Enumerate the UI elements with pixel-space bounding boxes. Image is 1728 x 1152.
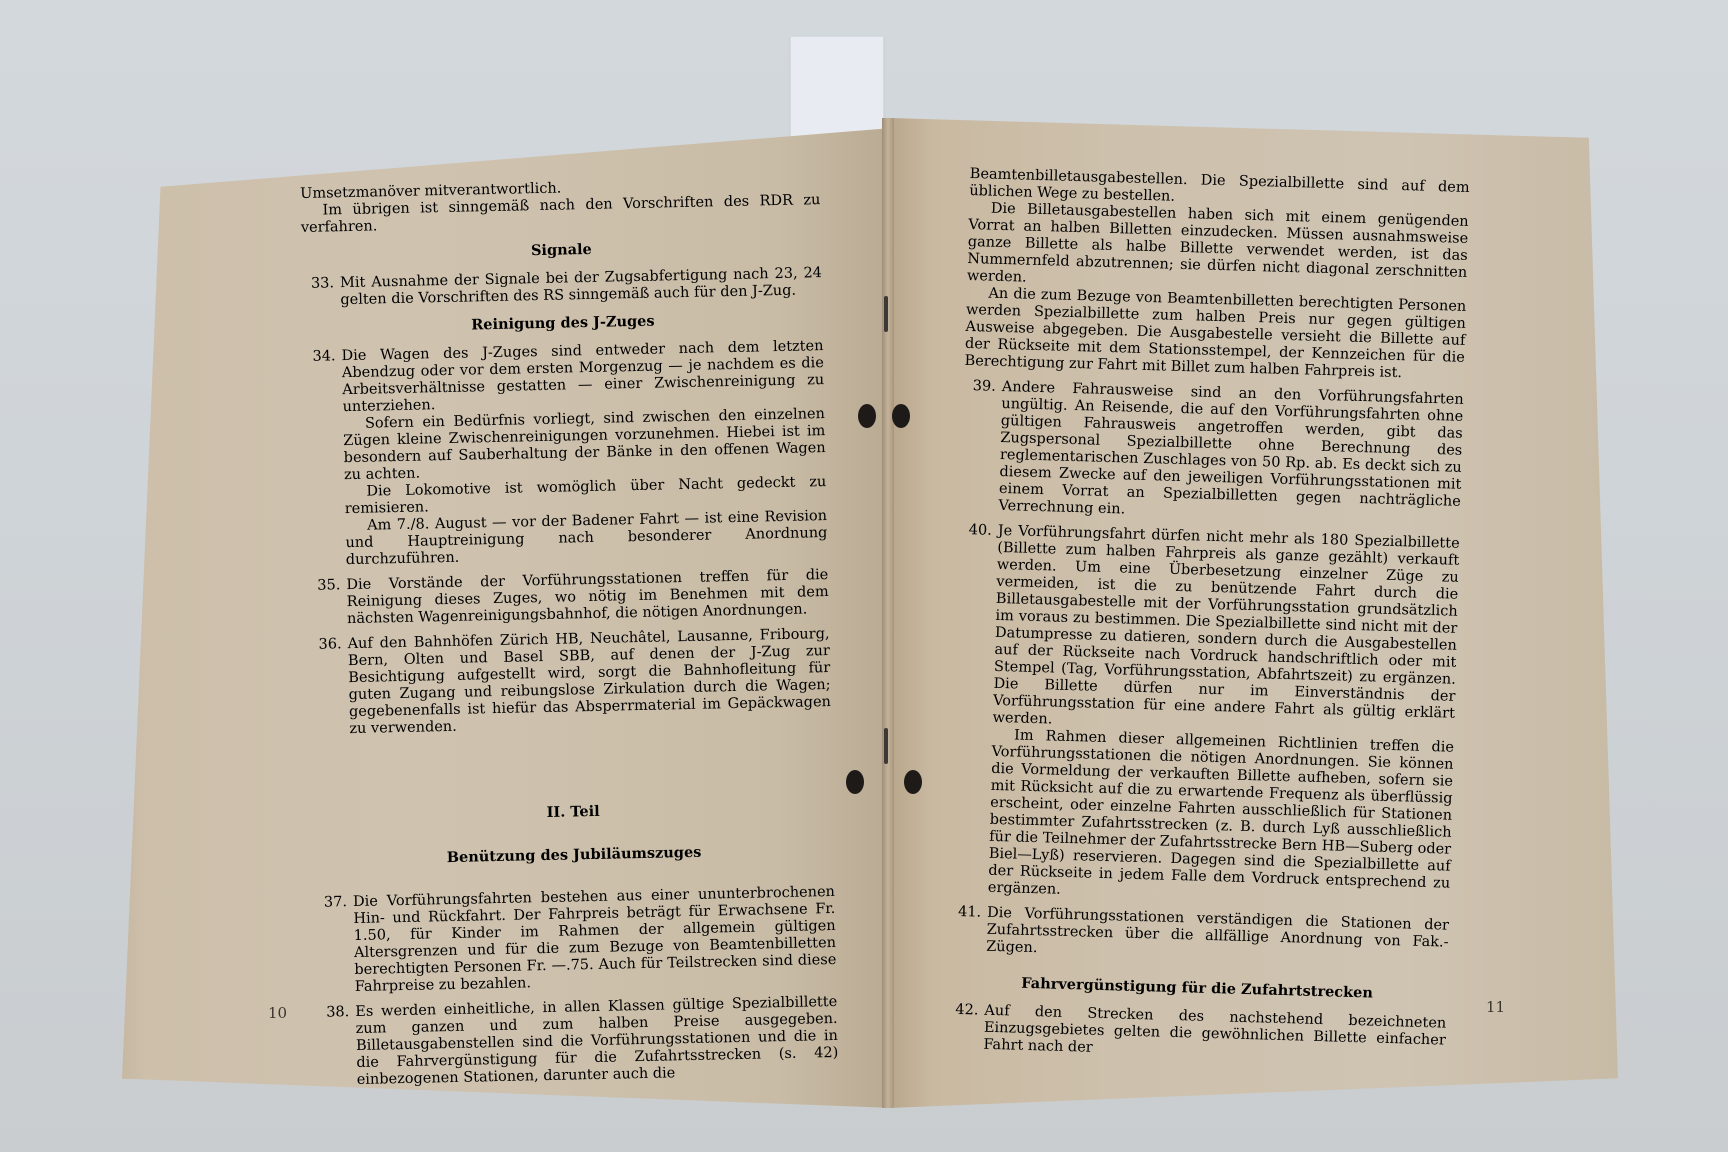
paragraph-41: 41. Die Vorführungsstationen verständige… (948, 904, 1449, 969)
paragraph-39: 39. Andere Fahrausweise sind an den Vorf… (960, 378, 1464, 528)
paragraph-text-d: Am 7./8. August — vor der Badener Fahrt … (345, 508, 828, 569)
paragraph-text: Die Vorstände der Vorführungsstationen t… (346, 567, 829, 628)
intro-text-c: An die zum Bezuge von Beamtenbilletten b… (964, 285, 1466, 384)
paragraph-text: Je Vorführungsfahrt dürfen nicht mehr al… (988, 523, 1460, 910)
paragraph-text: Andere Fahrausweise sind an den Vorführu… (998, 379, 1464, 528)
paragraph-38: 38. Es werden einheitliche, in allen Kla… (317, 994, 839, 1090)
book-gutter (882, 118, 894, 1108)
paragraph-text-b: Sofern ein Bedürfnis vorliegt, sind zwis… (343, 406, 826, 484)
paragraph-number: 35. (308, 577, 347, 629)
paragraph-text: Mit Ausnahme der Signale bei der Zugsabf… (340, 265, 823, 309)
paragraph-text: Auf den Strecken des nachstehend bezeich… (983, 1003, 1446, 1067)
paragraph-number: 42. (945, 1002, 984, 1054)
staple-bottom (884, 728, 888, 764)
page-number-left: 10 (268, 1004, 287, 1022)
punch-hole (904, 770, 922, 794)
paragraph-35: 35. Die Vorstände der Vorführungsstation… (308, 567, 829, 629)
staple-top (884, 296, 888, 332)
punch-hole (846, 770, 864, 794)
paragraph-text: Auf den Bahnhöfen Zürich HB, Neuchâtel, … (347, 626, 831, 738)
paragraph-text: Die Vorführungsstationen verständigen di… (986, 905, 1449, 969)
paragraph-number: 38. (317, 1004, 357, 1090)
section-heading-reinigung: Reinigung des J-Zuges (303, 309, 823, 337)
paragraph-text: Die Vorführungsfahrten bestehen aus eine… (353, 884, 837, 996)
paragraph-number: 39. (960, 378, 1002, 515)
section-heading-signale: Signale (301, 236, 821, 264)
paragraph-33: 33. Mit Ausnahme der Signale bei der Zug… (302, 265, 823, 310)
section-heading-fahrverguenstigung: Fahrvergünstigung für die Zufahrtstrecke… (947, 973, 1447, 1004)
paragraph-36: 36. Auf den Bahnhöfen Zürich HB, Neuchât… (309, 626, 831, 739)
paragraph-34: 34. Die Wagen des J-Zuges sind entweder … (303, 338, 828, 570)
paragraph-number: 34. (303, 348, 346, 570)
part-title: II. Teil (313, 798, 833, 826)
paragraph-number: 33. (302, 275, 341, 310)
punch-hole (858, 404, 876, 428)
paragraph-text-a: Die Wagen des J-Zuges sind entweder nach… (341, 338, 824, 415)
paragraph-number: 37. (315, 894, 355, 997)
paragraph-text-b: Im Rahmen dieser allgemeinen Richtlinien… (988, 727, 1455, 910)
left-page-content: Umsetzmanöver mitverantwortlich. Im übri… (300, 175, 839, 1098)
bookmark-tab (790, 36, 884, 142)
right-page-content: Beamtenbilletausgabestellen. Die Spezial… (945, 166, 1470, 1075)
section-heading-benuetzung: Benützung des Jubiläumszuges (314, 841, 834, 869)
intro-text-b: Die Billetausgabestellen haben sich mit … (967, 200, 1469, 299)
page-number-right: 11 (1486, 998, 1505, 1016)
paragraph-text-a: Je Vorführungsfahrt dürfen nicht mehr al… (992, 523, 1459, 728)
paragraph-text: Es werden einheitliche, in allen Klassen… (355, 994, 839, 1089)
punch-hole (892, 404, 910, 428)
paragraph-text: Die Wagen des J-Zuges sind entweder nach… (341, 338, 828, 569)
paragraph-37: 37. Die Vorführungsfahrten bestehen aus … (315, 884, 837, 997)
paragraph-40: 40. Je Vorführungsfahrt dürfen nicht meh… (950, 522, 1460, 910)
paragraph-42: 42. Auf den Strecken des nachstehend bez… (945, 1002, 1446, 1067)
paragraph-number: 36. (309, 636, 349, 739)
paragraph-number: 41. (948, 904, 987, 956)
